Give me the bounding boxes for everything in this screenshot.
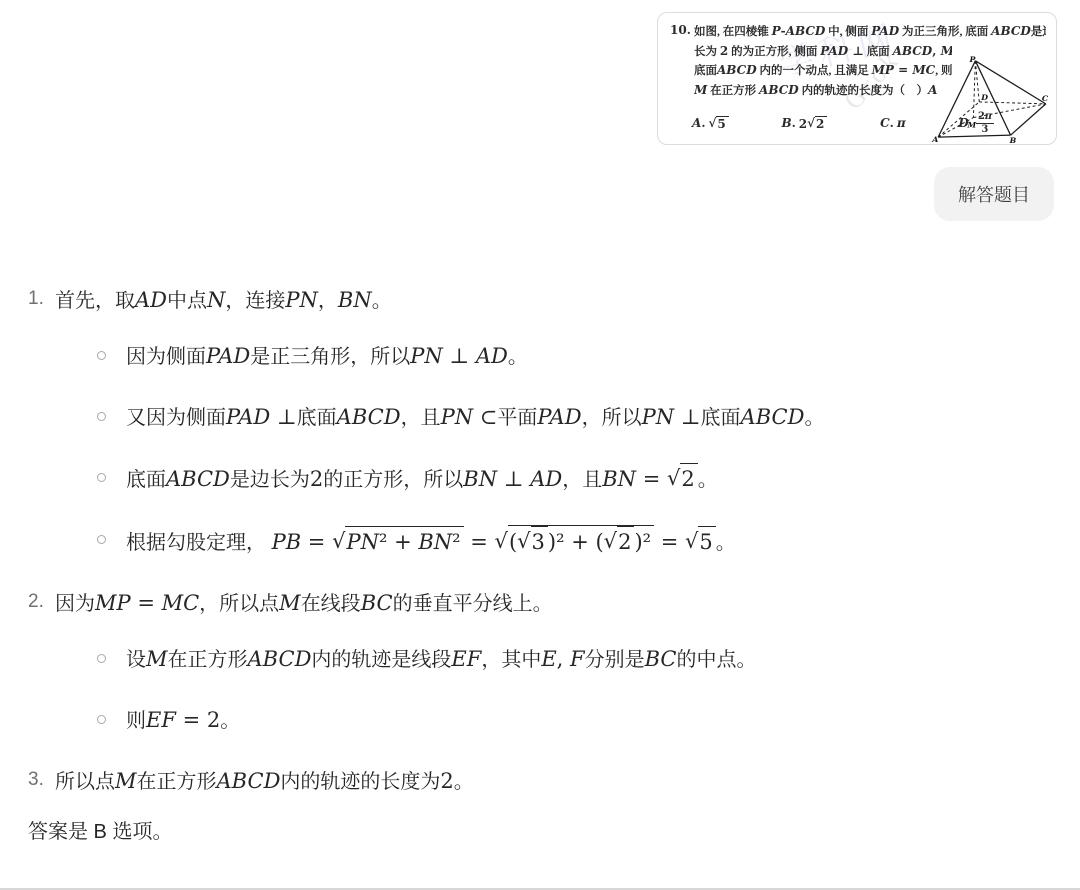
bullet-icon [97, 412, 106, 421]
problem-image-card[interactable]: 学科网 Grok 10. 如图, 在四棱锥 P-ABCD 中, 侧面 PAD 为… [657, 12, 1057, 145]
solution-sub-item: 根据勾股定理， PB = √PN² + BN² = √(√3)² + (√2)²… [97, 525, 1040, 558]
solution-sub-list: 设M在正方形ABCD内的轨迹是线段EF，其中E, F分别是BC的中点。则EF =… [97, 644, 1040, 736]
problem-line: 底面ABCD 内的一个动点, 且满足 MP = MC, 则点 [694, 61, 952, 81]
option: D.2π3 [958, 111, 994, 135]
option-value: √5 [709, 116, 729, 131]
solution-sub-text: 又因为侧面PAD ⊥底面ABCD，且PN ⊂平面PAD，所以PN ⊥底面ABCD… [126, 402, 824, 433]
solution-sub-text: 底面ABCD是边长为2的正方形，所以BN ⊥ AD，且BN = √2。 [126, 463, 718, 495]
solution-item-text: 首先，取AD中点N，连接PN，BN。 [55, 285, 1040, 316]
solution-list: 1.首先，取AD中点N，连接PN，BN。因为侧面PAD是正三角形，所以PN ⊥ … [28, 285, 1040, 797]
solution-item-text: 所以点M在正方形ABCD内的轨迹的长度为2。 [55, 766, 1040, 797]
option-label: C. [880, 116, 894, 130]
problem-text: 如图, 在四棱锥 P-ABCD 中, 侧面 PAD 为正三角形, 底面 ABCD… [694, 22, 1046, 100]
option-value: 2π3 [976, 111, 994, 135]
bullet-icon [97, 351, 106, 360]
problem-line: 如图, 在四棱锥 P-ABCD 中, 侧面 PAD 为正三角形, 底面 ABCD… [694, 22, 1046, 42]
solution-sub-item: 底面ABCD是边长为2的正方形，所以BN ⊥ AD，且BN = √2。 [97, 463, 1040, 495]
solution-item-text: 因为MP = MC，所以点M在线段BC的垂直平分线上。 [55, 588, 1040, 619]
solution-item-number: 1. [28, 285, 55, 310]
vertex-label-b: B [1009, 136, 1017, 143]
problem-line: 长为 2 的为正方形, 侧面 PAD ⊥ 底面 ABCD, M 为 [694, 42, 952, 62]
user-message-text: 解答题目 [958, 185, 1030, 205]
solution-item: 2.因为MP = MC，所以点M在线段BC的垂直平分线上。设M在正方形ABCD内… [28, 588, 1040, 736]
bullet-icon [97, 715, 106, 724]
option-value: 2√2 [799, 116, 828, 131]
solution-item: 3.所以点M在正方形ABCD内的轨迹的长度为2。 [28, 766, 1040, 797]
solution-item-number: 2. [28, 588, 55, 613]
solution-item-body: 所以点M在正方形ABCD内的轨迹的长度为2。 [55, 766, 1040, 797]
option: C.π [880, 116, 906, 130]
user-message-bubble: 解答题目 [934, 167, 1054, 221]
solution-sub-item: 则EF = 2。 [97, 705, 1040, 736]
solution-sub-text: 则EF = 2。 [126, 705, 240, 736]
solution-item-number: 3. [28, 766, 55, 791]
solution-sub-text: 因为侧面PAD是正三角形，所以PN ⊥ AD。 [126, 341, 528, 372]
problem-line: M 在正方形 ABCD 内的轨迹的长度为（ ）A [694, 81, 952, 101]
solution-sub-item: 设M在正方形ABCD内的轨迹是线段EF，其中E, F分别是BC的中点。 [97, 644, 1040, 675]
option-value: π [897, 116, 906, 130]
vertex-label-a: A [931, 135, 938, 143]
question-number: 10. [670, 23, 691, 37]
solution-sub-item: 又因为侧面PAD ⊥底面ABCD，且PN ⊂平面PAD，所以PN ⊥底面ABCD… [97, 402, 1040, 433]
solution-section: 1.首先，取AD中点N，连接PN，BN。因为侧面PAD是正三角形，所以PN ⊥ … [28, 285, 1040, 844]
option: A.√5 [692, 116, 729, 131]
solution-sub-text: 根据勾股定理， PB = √PN² + BN² = √(√3)² + (√2)²… [126, 525, 736, 558]
bullet-icon [97, 473, 106, 482]
option-label: B. [781, 116, 795, 130]
option: B.2√2 [781, 116, 827, 131]
option-label: A. [692, 116, 706, 130]
options-row: A.√5B.2√2C.πD.2π3 [692, 111, 994, 135]
solution-sub-text: 设M在正方形ABCD内的轨迹是线段EF，其中E, F分别是BC的中点。 [126, 644, 757, 675]
solution-sub-item: 因为侧面PAD是正三角形，所以PN ⊥ AD。 [97, 341, 1040, 372]
bullet-icon [97, 654, 106, 663]
answer-line: 答案是 B 选项。 [28, 815, 1040, 844]
solution-sub-list: 因为侧面PAD是正三角形，所以PN ⊥ AD。又因为侧面PAD ⊥底面ABCD，… [97, 341, 1040, 558]
chat-page: 学科网 Grok 10. 如图, 在四棱锥 P-ABCD 中, 侧面 PAD 为… [0, 0, 1080, 890]
solution-item: 1.首先，取AD中点N，连接PN，BN。因为侧面PAD是正三角形，所以PN ⊥ … [28, 285, 1040, 558]
option-label: D. [958, 116, 973, 130]
solution-item-body: 首先，取AD中点N，连接PN，BN。因为侧面PAD是正三角形，所以PN ⊥ AD… [55, 285, 1040, 558]
bullet-icon [97, 535, 106, 544]
solution-item-body: 因为MP = MC，所以点M在线段BC的垂直平分线上。设M在正方形ABCD内的轨… [55, 588, 1040, 736]
